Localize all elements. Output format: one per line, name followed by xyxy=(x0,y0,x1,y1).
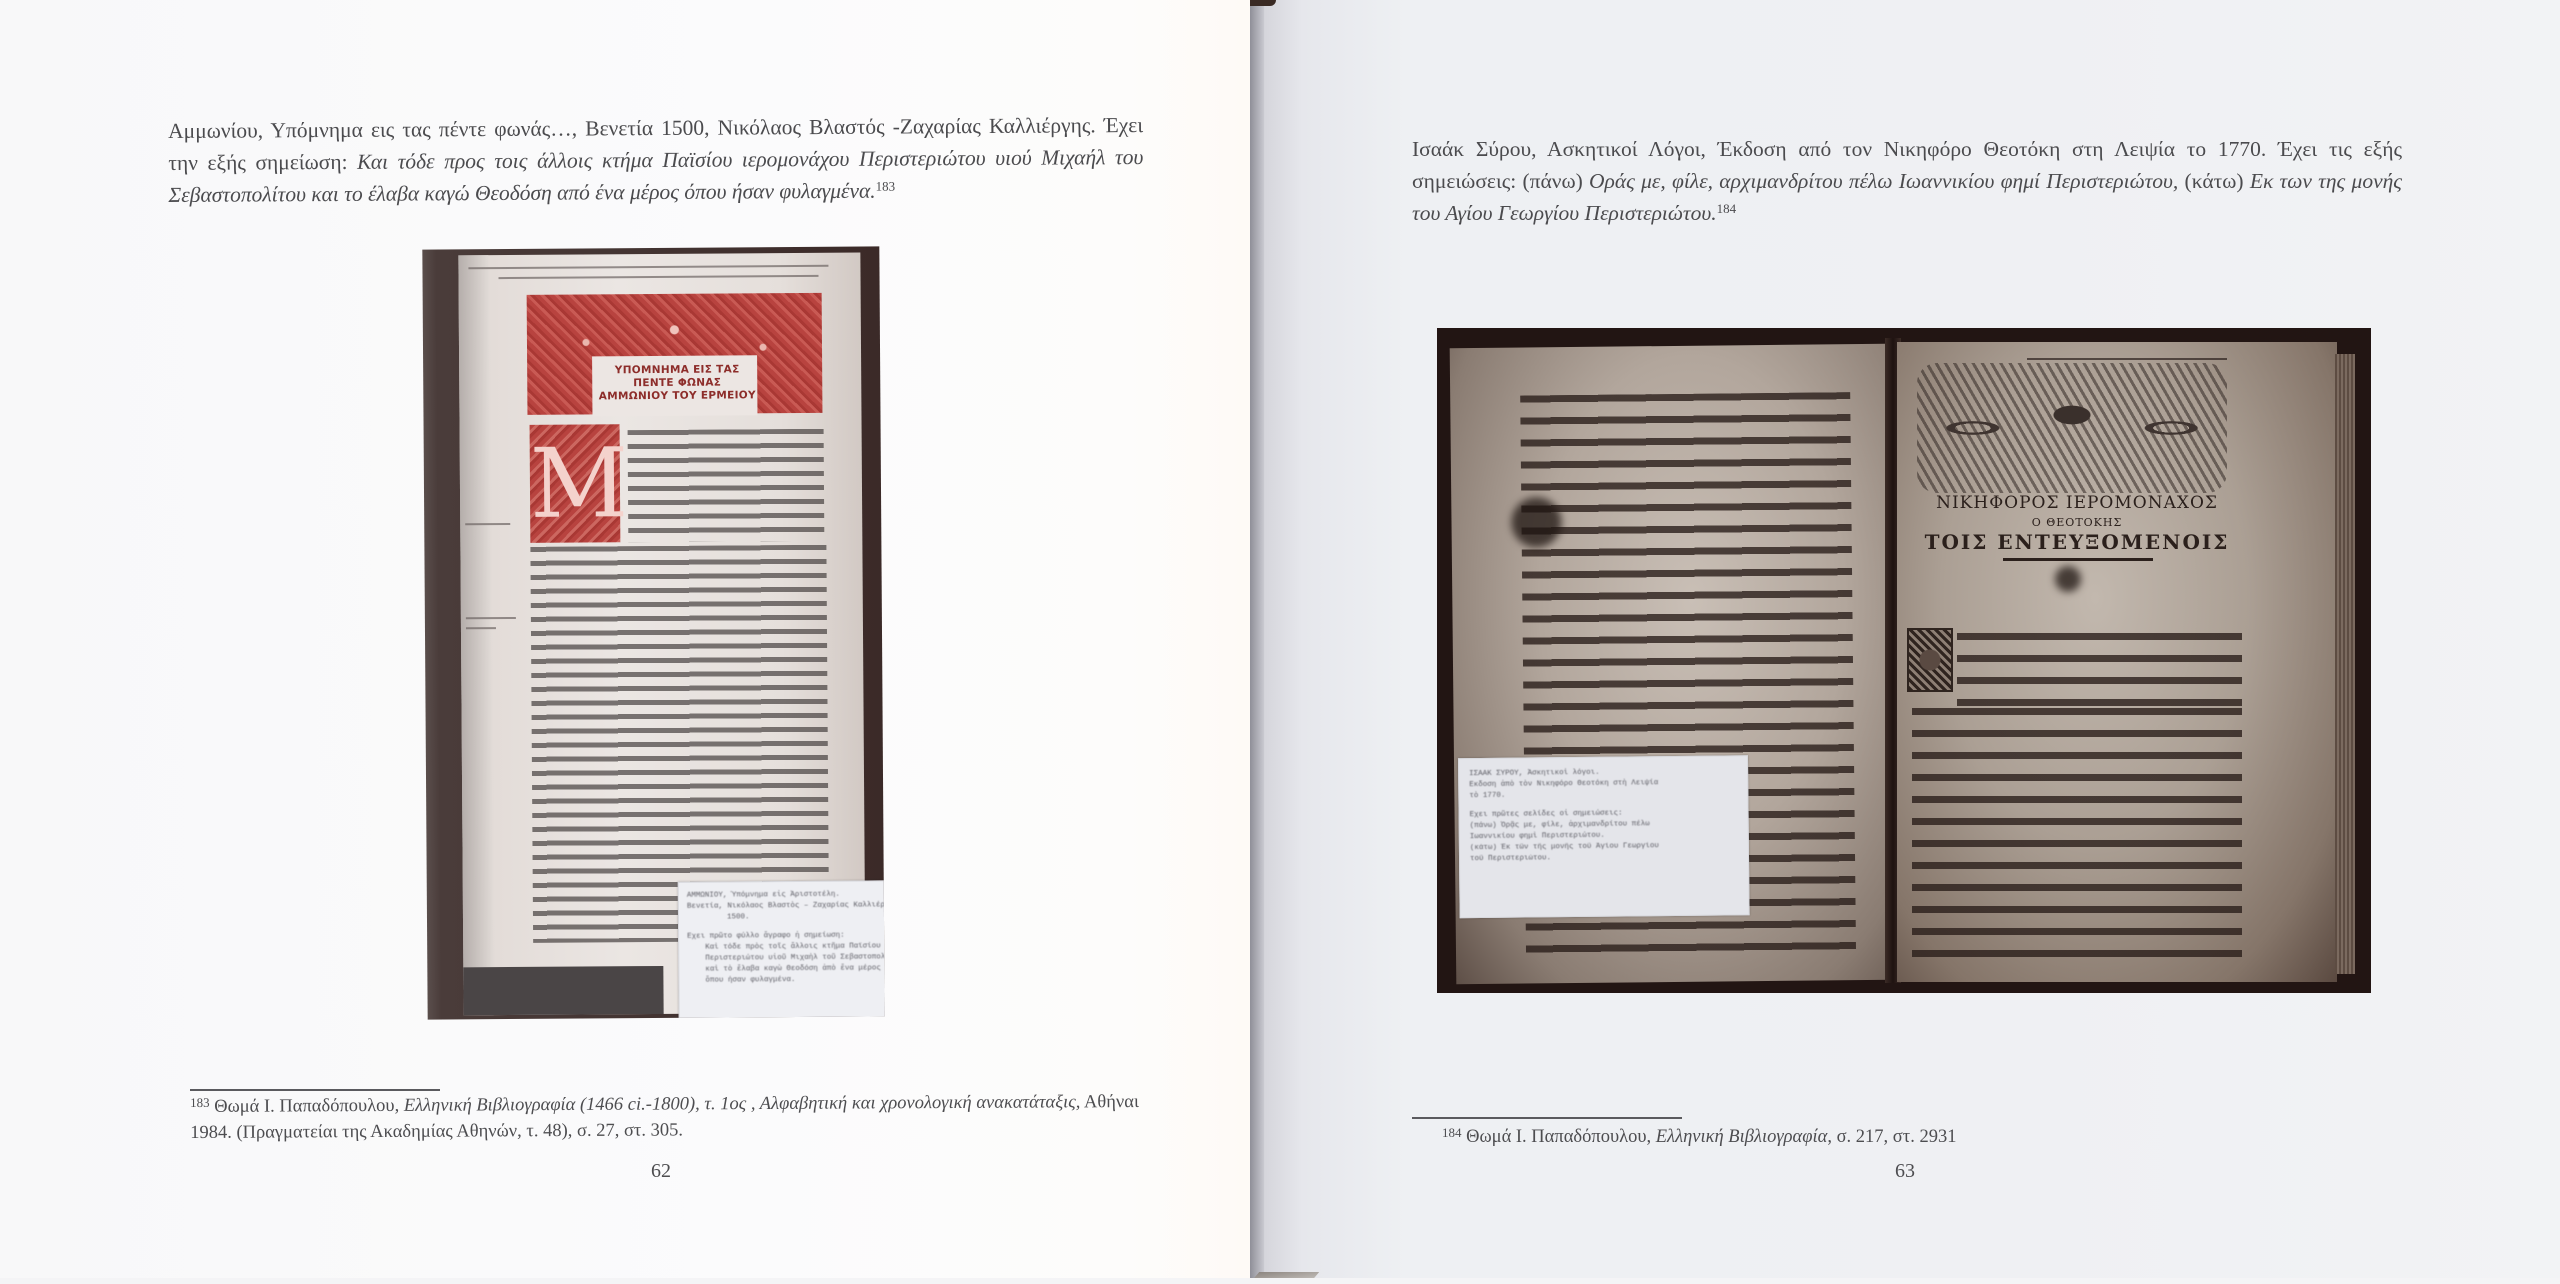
footnote-number: 183 xyxy=(190,1095,210,1110)
footnote-184: 184 Θωμά Ι. Παπαδόπουλου, Ελληνική Βιβλι… xyxy=(1442,1124,2142,1150)
footnote-title: Ελληνική Βιβλιογραφία (1466 ci.-1800), τ… xyxy=(404,1092,1081,1116)
right-index-card: ΙΣΑΑΚ ΣΥΡΟΥ, Ἀσκητικοὶ λόγοι. Ἔκδοση ἀπὸ… xyxy=(1458,755,1750,918)
gutter-shadow-top xyxy=(1250,0,1276,6)
text-block-beside-initial xyxy=(628,429,825,542)
incunabulum-leaf: ΥΠΟΜΝΗΜΑ ΕΙΣ ΤΑΣ ΠΕΝΤΕ ΦΩΝΑΣ ΑΜΜΩΝΙΟΥ ΤΟ… xyxy=(458,253,865,1016)
handwritten-note-top xyxy=(2027,358,2227,360)
leaf-fold xyxy=(458,255,493,1015)
left-caption: Αμμωνίου, Υπόμνημα εις τας πέντε φωνάς…,… xyxy=(168,109,1144,211)
photo-shadow xyxy=(463,966,663,1015)
right-caption-quote-top: Οράς με, φίλε, αρχιμανδρίτου πέλω Ιωαννι… xyxy=(1589,169,2178,193)
footnote-rule-left xyxy=(190,1089,440,1091)
margin-note-2 xyxy=(466,617,516,619)
footnote-ref-183[interactable]: 183 xyxy=(876,179,896,194)
footnote-title: Ελληνική Βιβλιογραφία xyxy=(1656,1127,1828,1147)
red-woodcut-headpiece: ΥΠΟΜΝΗΜΑ ΕΙΣ ΤΑΣ ΠΕΝΤΕ ΦΩΝΑΣ ΑΜΜΩΝΙΟΥ ΤΟ… xyxy=(527,293,823,415)
heading-nikiforos: ΝΙΚΗΦΟΡΟΣ ΙΕΡΟΜΟΝΑΧΟΣ xyxy=(1917,493,2237,513)
footnote-number: 184 xyxy=(1442,1125,1462,1140)
left-photo-incunabulum: ΥΠΟΜΝΗΜΑ ΕΙΣ ΤΑΣ ΠΕΝΤΕ ΦΩΝΑΣ ΑΜΜΩΝΙΟΥ ΤΟ… xyxy=(422,246,884,1019)
margin-note-3 xyxy=(466,627,496,629)
right-page: Ισαάκ Σύρου, Ασκητικοί Λόγοι, Έκδοση από… xyxy=(1250,0,2560,1278)
margin-note-1 xyxy=(465,523,510,525)
ink-spot xyxy=(2055,566,2081,592)
footnote-author: Θωμά Ι. Παπαδόπουλου, xyxy=(1466,1127,1656,1147)
page-number-62: 62 xyxy=(651,1160,671,1183)
handwritten-note-top xyxy=(468,265,828,270)
footnote-rule-right xyxy=(1412,1117,1682,1119)
card-line: τοῦ Περιστεριώτου. xyxy=(1470,851,1738,865)
left-index-card: ΑΜΜΩΝΙΟΥ, Ὑπόμνημα εἰς Ἀριστοτέλη. Βενετ… xyxy=(678,880,885,1019)
open-book-left-leaf: ΙΣΑΑΚ ΣΥΡΟΥ, Ἀσκητικοὶ λόγοι. Ἔκδοση ἀπὸ… xyxy=(1450,344,1893,985)
footnote-ref-184[interactable]: 184 xyxy=(1717,201,1737,216)
decorated-initial-o xyxy=(1907,628,1953,692)
heading-tois-enteuxomenois: ΤΟΙΣ ΕΝΤΕΥΞΟΜΕΝΟΙΣ xyxy=(1917,530,2237,554)
bottom-edge xyxy=(0,1278,2560,1284)
left-page: Αμμωνίου, Υπόμνημα εις τας πέντε φωνάς…,… xyxy=(0,0,1252,1278)
headpiece-title: ΥΠΟΜΝΗΜΑ ΕΙΣ ΤΑΣ ΠΕΝΤΕ ΦΩΝΑΣ ΑΜΜΩΝΙΟΥ ΤΟ… xyxy=(597,363,757,403)
page-edges xyxy=(2335,354,2355,974)
book-spread: Αμμωνίου, Υπόμνημα εις τας πέντε φωνάς…,… xyxy=(0,0,2560,1284)
decorated-initial-m: M xyxy=(530,424,621,543)
page-number-63: 63 xyxy=(1895,1160,1915,1183)
handwritten-note-top-2 xyxy=(499,275,819,279)
right-leaf-text xyxy=(1912,708,2242,958)
card-line: ὅπου ἦσαν φυλαγμένα. xyxy=(687,974,884,987)
heading-rule xyxy=(2003,558,2153,561)
heading-theotokis: Ο ΘΕΟΤΟΚΗΣ xyxy=(1917,516,2237,529)
footnote-183: 183 Θωμά Ι. Παπαδόπουλου, Ελληνική Βιβλι… xyxy=(190,1089,1160,1146)
footnote-author: Θωμά Ι. Παπαδόπουλου, xyxy=(214,1096,404,1117)
right-leaf-text-top xyxy=(1957,633,2242,708)
right-caption-label-bottom: (κάτω) xyxy=(2178,169,2250,193)
ink-stain xyxy=(1511,497,1562,548)
footnote-rest: , σ. 217, στ. 2931 xyxy=(1827,1127,1956,1147)
right-caption: Ισαάκ Σύρου, Ασκητικοί Λόγοι, Έκδοση από… xyxy=(1412,133,2402,229)
ornamental-vignette xyxy=(1917,363,2227,493)
right-photo-open-book: ΙΣΑΑΚ ΣΥΡΟΥ, Ἀσκητικοὶ λόγοι. Ἔκδοση ἀπὸ… xyxy=(1437,328,2371,993)
